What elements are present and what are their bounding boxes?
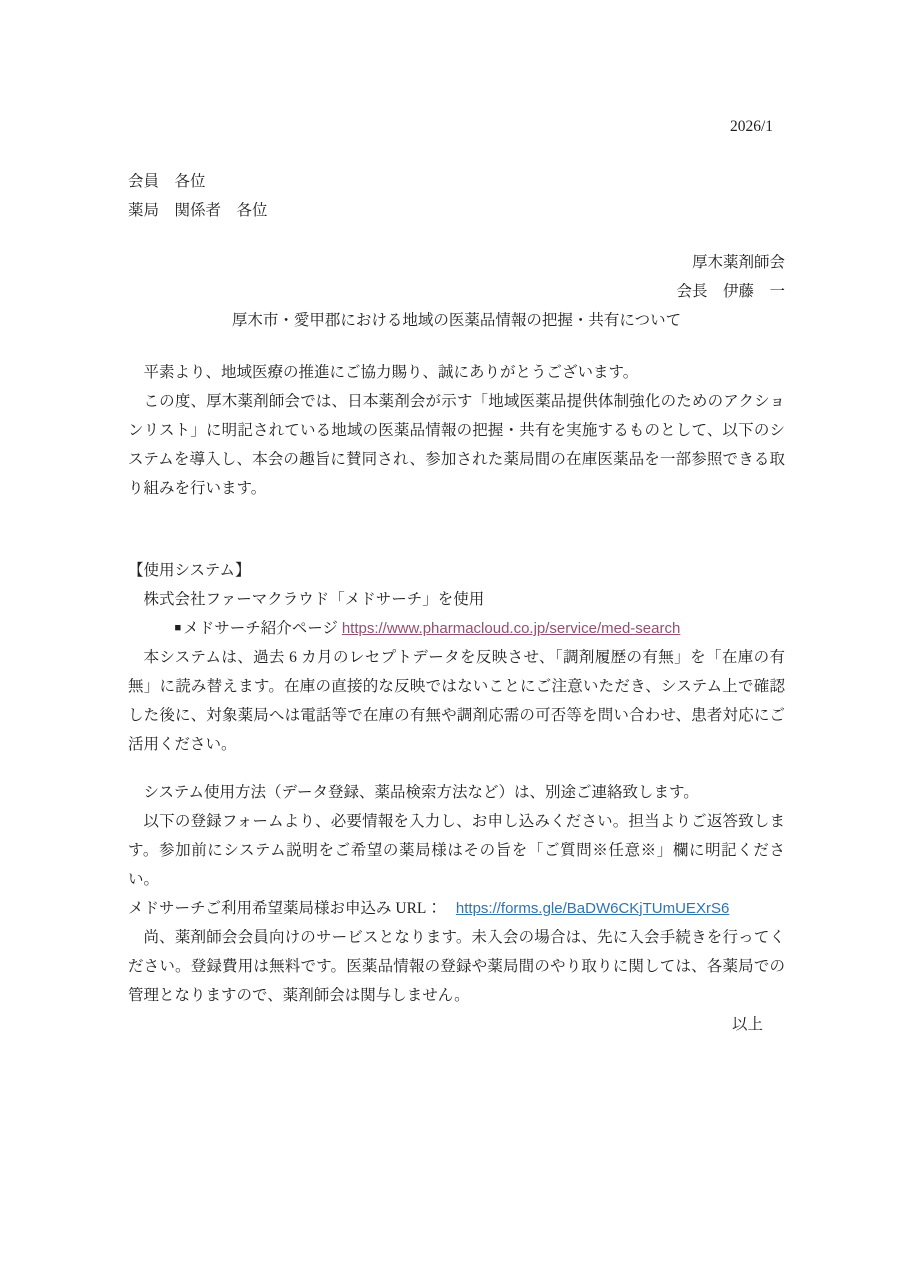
document-title: 厚木市・愛甲郡における地域の医薬品情報の把握・共有について — [128, 306, 785, 335]
usage-paragraphs: システム使用方法（データ登録、薬品検索方法など）は、別途ご連絡致します。 以下の… — [128, 778, 785, 894]
intro-purpose: この度、厚木薬剤師会では、日本薬剤会が示す「地域医薬品提供体制強化のためのアクシ… — [128, 387, 785, 503]
system-section: 【使用システム】 株式会社ファーマクラウド「メドサーチ」を使用 ■メドサーチ紹介… — [128, 556, 785, 643]
registration-instructions: 以下の登録フォームより、必要情報を入力し、お申し込みください。担当よりご返答致し… — [128, 807, 785, 894]
recipient-block: 会員 各位 薬局 関係者 各位 — [128, 167, 785, 225]
application-line: メドサーチご利用希望薬局様お申込み URL：https://forms.gle/… — [128, 894, 785, 923]
usage-instructions: システム使用方法（データ登録、薬品検索方法など）は、別途ご連絡致します。 — [128, 778, 785, 807]
recipient-pharmacy-staff: 薬局 関係者 各位 — [128, 196, 785, 225]
system-intro-line: ■メドサーチ紹介ページ https://www.pharmacloud.co.j… — [128, 614, 785, 643]
application-url-label: メドサーチご利用希望薬局様お申込み URL： — [128, 900, 442, 917]
system-name: 株式会社ファーマクラウド「メドサーチ」を使用 — [128, 585, 785, 614]
med-search-intro-link[interactable]: https://www.pharmacloud.co.jp/service/me… — [342, 620, 680, 637]
sender-organization: 厚木薬剤師会 — [128, 248, 785, 277]
sender-block: 厚木薬剤師会 会長 伊藤 一 — [128, 248, 785, 306]
system-detail-paragraph: 本システムは、過去 6 カ月のレセプトデータを反映させ、「調剤履歴の有無」を「在… — [128, 643, 785, 759]
system-section-heading: 【使用システム】 — [128, 556, 785, 585]
closing-ijou: 以上 — [128, 1010, 785, 1039]
application-form-link[interactable]: https://forms.gle/BaDW6CKjTUmUEXrS6 — [456, 900, 729, 917]
intro-greeting: 平素より、地域医療の推進にご協力賜り、誠にありがとうございます。 — [128, 358, 785, 387]
document-date: 2026/1 — [128, 112, 785, 141]
intro-paragraphs: 平素より、地域医療の推進にご協力賜り、誠にありがとうございます。 この度、厚木薬… — [128, 358, 785, 503]
system-intro-label: メドサーチ紹介ページ — [183, 620, 338, 637]
membership-note-paragraph: 尚、薬剤師会会員向けのサービスとなります。未入会の場合は、先に入会手続きを行って… — [128, 923, 785, 1010]
sender-representative: 会長 伊藤 一 — [128, 277, 785, 306]
document-page: 2026/1 会員 各位 薬局 関係者 各位 厚木薬剤師会 会長 伊藤 一 厚木… — [0, 0, 905, 1280]
recipient-members: 会員 各位 — [128, 167, 785, 196]
bullet-square-icon: ■ — [175, 622, 184, 634]
